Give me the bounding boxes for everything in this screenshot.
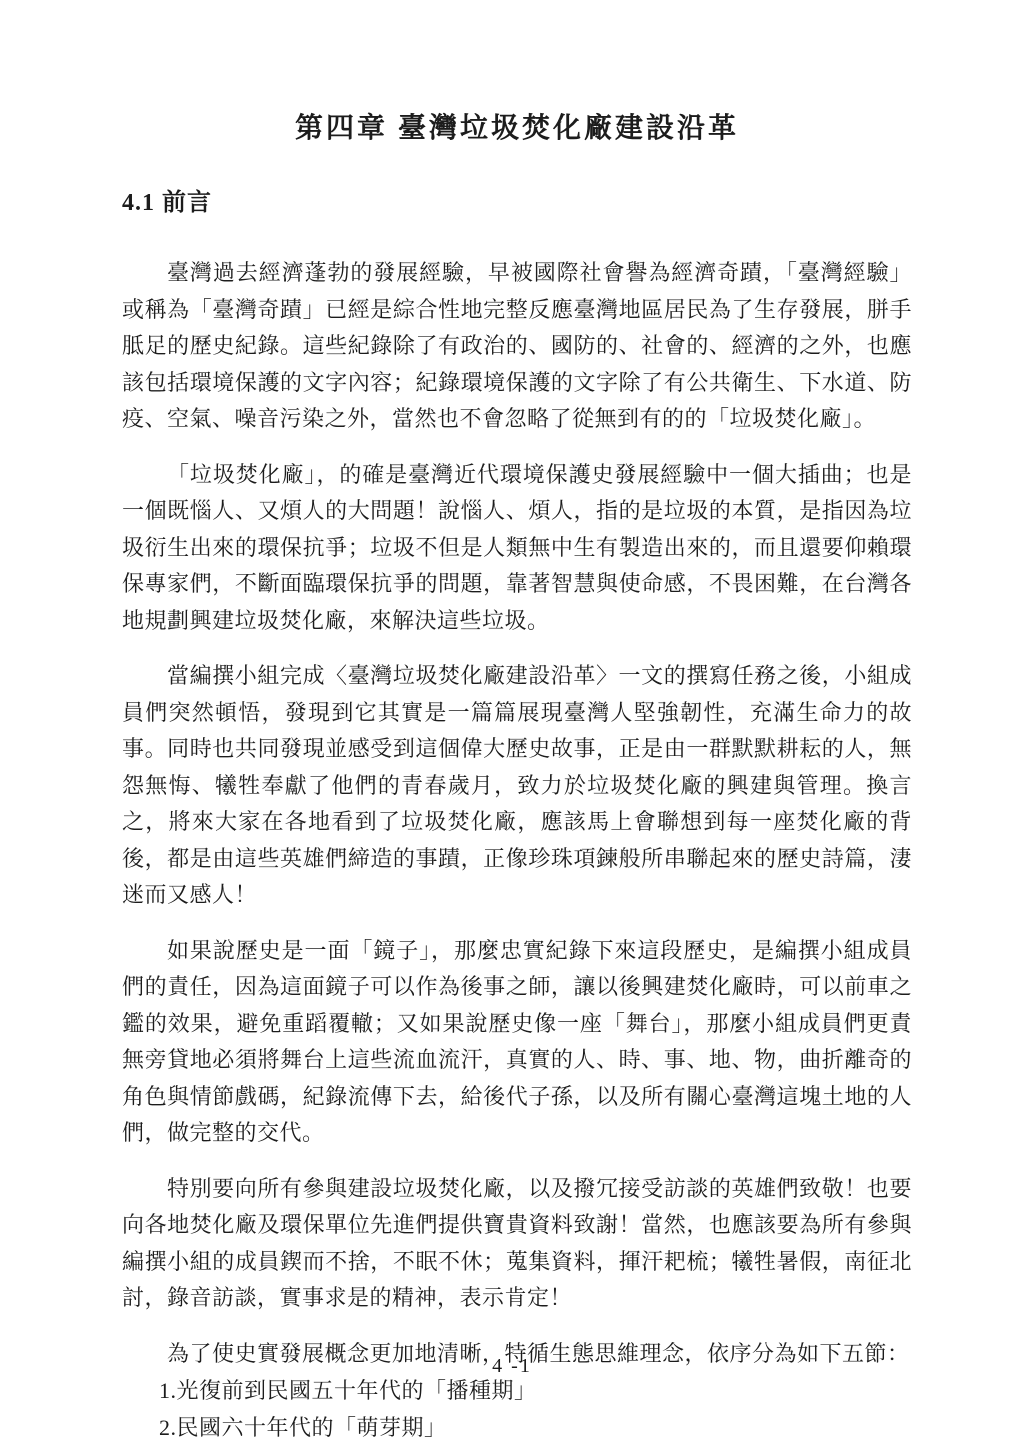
page-number: 4 -1 — [0, 1355, 1024, 1378]
page-title: 第四章 臺灣垃圾焚化廠建設沿革 — [122, 106, 912, 146]
list-item-2: 2.民國六十年代的「萌芽期」 — [122, 1409, 912, 1446]
document-page: 第四章 臺灣垃圾焚化廠建設沿革 4.1 前言 臺灣過去經濟蓬勃的發展經驗，早被國… — [0, 0, 1024, 1450]
paragraph-1: 臺灣過去經濟蓬勃的發展經驗，早被國際社會譽為經濟奇蹟，「臺灣經驗」或稱為「臺灣奇… — [122, 255, 912, 438]
page-content: 第四章 臺灣垃圾焚化廠建設沿革 4.1 前言 臺灣過去經濟蓬勃的發展經驗，早被國… — [0, 0, 1024, 1446]
paragraph-4: 如果說歷史是一面「鏡子」，那麼忠實紀錄下來這段歷史，是編撰小組成員們的責任，因為… — [122, 933, 912, 1152]
section-heading: 4.1 前言 — [122, 182, 912, 217]
paragraph-5: 特別要向所有參與建設垃圾焚化廠，以及撥冗接受訪談的英雄們致敬！也要向各地焚化廠及… — [122, 1171, 912, 1317]
paragraph-3: 當編撰小組完成〈臺灣垃圾焚化廠建設沿革〉一文的撰寫任務之後，小組成員們突然頓悟，… — [122, 658, 912, 914]
paragraph-2: 「垃圾焚化廠」，的確是臺灣近代環境保護史發展經驗中一個大插曲；也是一個既惱人、又… — [122, 457, 912, 640]
